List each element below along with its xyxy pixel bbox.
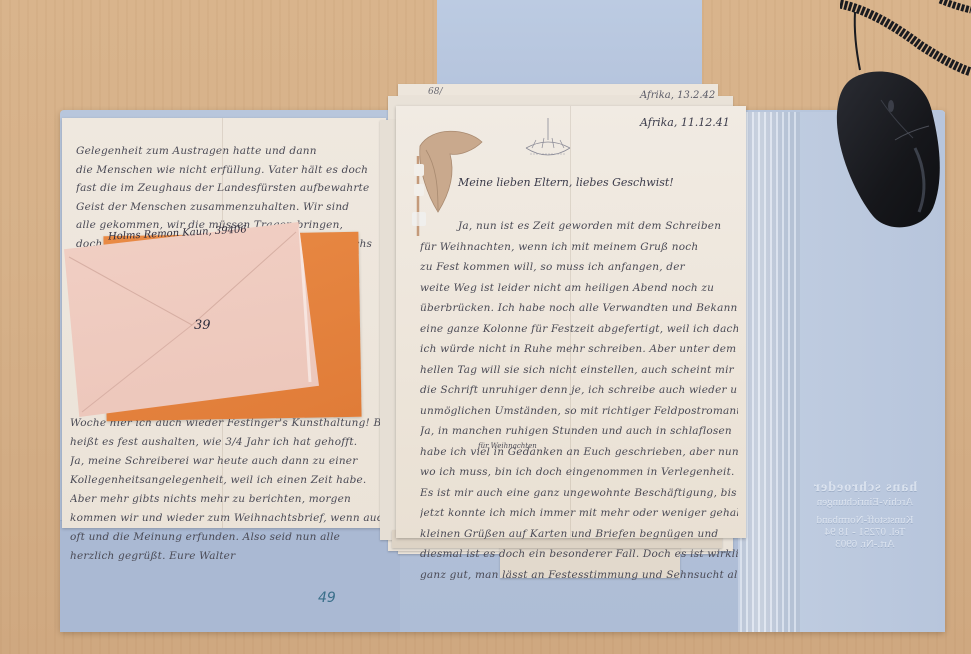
- letter-insertion-note: für Weihnachten: [478, 442, 537, 450]
- envelope-number: 39: [194, 318, 211, 333]
- stamp-line-subtitle: Archiv-Einrichtungen: [795, 496, 935, 508]
- computer-mouse[interactable]: [833, 68, 943, 230]
- stamp-line-product: Kunststoff-Normband: [795, 514, 935, 526]
- letter-date: Afrika, 11.12.41: [640, 116, 730, 129]
- folder-pleats: [740, 112, 800, 632]
- chandelier-sketch-icon: [522, 118, 574, 166]
- stacked-letter-date: Afrika, 13.2.42: [640, 90, 715, 101]
- stamp-line-article: Art.-Nr. 6903: [795, 538, 935, 550]
- left-letter-bottom-text: Woche hier ich auch wieder Festinger's K…: [70, 414, 382, 566]
- letter-salutation: Meine lieben Eltern, liebes Geschwist!: [458, 176, 674, 189]
- pink-envelope: [64, 222, 319, 417]
- stacked-letter-number: 68/: [428, 87, 442, 97]
- folder-embossed-stamp: hans schroeder Archiv-Einrichtungen Kuns…: [795, 480, 935, 570]
- stamp-line-phone: Tel. 07251 - 18 94: [795, 526, 935, 538]
- envelope-flap-lines: [64, 222, 319, 417]
- main-letter-body: Ja, nun ist es Zeit geworden mit dem Sch…: [420, 216, 738, 585]
- folder-pencil-number: 49: [318, 590, 336, 606]
- stamp-line-company: hans schroeder: [795, 480, 935, 496]
